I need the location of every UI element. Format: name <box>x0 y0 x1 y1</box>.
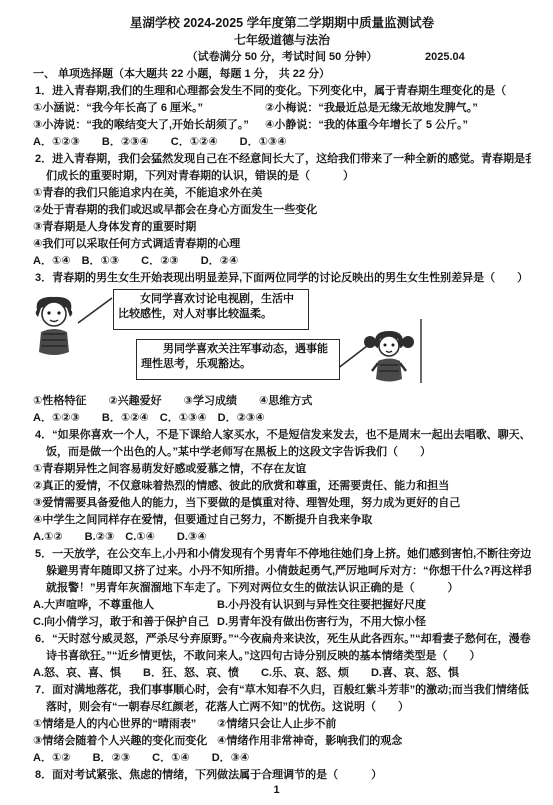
question-1-item-1: ①小涵说：“我今年长高了 6 厘米。” <box>33 100 265 117</box>
question-1-items-row-1: ①小涵说：“我今年长高了 6 厘米。” ②小梅说：“我最近总是无缘无故地发脾气。… <box>33 100 531 117</box>
question-2-stem-line-2: 们成长的重要时期，下列对青春期的认识，错误的是（ ） <box>33 168 531 185</box>
question-7-item-4: ④情绪作用非常神奇，影响我们的观念 <box>217 733 531 750</box>
question-4-answers: A.①② B.②③ C.①④ D.③④ <box>33 529 531 546</box>
question-4-item-3: ③爱情需要具备爱他人的能力，当下要做的是慎重对待、理智处理，努力成为更好的自己 <box>33 495 531 512</box>
question-1-stem: 1．进入青春期,我们的生理和心理都会发生不同的变化。下列变化中，属于青春期生理变… <box>33 83 531 100</box>
question-4-item-2: ②真正的爱情，不仅意味着热烈的情感、彼此的欣赏和尊重，还需要责任、能力和担当 <box>33 478 531 495</box>
question-7-items-row-2: ③情绪会随着个人兴趣的变化而变化 ④情绪作用非常神奇，影响我们的观念 <box>33 733 531 750</box>
question-5-stem-line-3: 就报警！”男青年灰溜溜地下车走了。下列对两位女生的做法认识正确的是（ ） <box>33 580 531 597</box>
question-5-answer-d: D.男青年没有做出伤害行为，不用大惊小怪 <box>217 614 531 631</box>
school-title: 星湖学校 2024-2025 学年度第二学期期中质量监测试卷 <box>33 14 531 32</box>
question-1-items-row-2: ③小涛说：“我的喉结变大了,开始长胡须了。” ④小静说：“我的体重今年增长了 5… <box>33 117 531 134</box>
subject-title: 七年级道德与法治 <box>33 32 531 49</box>
boy-cartoon-icon <box>29 294 79 362</box>
question-2-item-1: ①青春的我们只能追求内在美，不能追求外在美 <box>33 185 531 202</box>
question-3-illustration: 女同学喜欢讨论电视剧，生活中比较感性，对人对事比较温柔。 男同学喜欢关注军事动态… <box>33 289 531 391</box>
question-6-stem-line-2: 诗书喜欲狂。”“近乡情更怯，不敢问来人。”这四句古诗分别反映的基本情绪类型是（ … <box>33 648 531 665</box>
question-1-answers: A．①②③ B．②③④ C．①②④ D．①③④ <box>33 134 531 151</box>
question-4-stem-line-2: 饭，而是做一个出色的人。”某中学老师写在黑板上的这段文字告诉我们（ ） <box>33 444 531 461</box>
section-heading: 一、 单项选择题（本大题共 22 小题，每题 1 分， 共 22 分） <box>33 66 531 83</box>
exam-paper-page: 星湖学校 2024-2025 学年度第二学期期中质量监测试卷 七年级道德与法治 … <box>0 0 553 805</box>
question-2-item-2: ②处于青春期的我们或迟或早都会在身心方面发生一些变化 <box>33 202 531 219</box>
question-7-item-3: ③情绪会随着个人兴趣的变化而变化 <box>33 733 217 750</box>
question-2-item-4: ④我们可以采取任何方式调适青春期的心理 <box>33 236 531 253</box>
question-6-stem-line-1: 6．“天时怼兮威灵怒，严杀尽兮弃原野。”“今夜扁舟来诀汝，死生从此各西东。”“却… <box>33 631 531 648</box>
question-4-stem-line-1: 4．“如果你喜欢一个人，不是下课给人家买水，不是短信发来发去，也不是周末一起出去… <box>33 427 531 444</box>
question-2-answers: A．①④ B．①③ C．②③ D．②④ <box>33 253 531 270</box>
question-6-answers: A.怒、哀、喜、惧 B．狂、怒、哀、愤 C.乐、哀、怒、烦 D.喜、哀、怒、惧 <box>33 665 531 682</box>
question-5-answers-row-2: C.向小倩学习，敢于和善于保护自己 D.男青年没有做出伤害行为，不用大惊小怪 <box>33 614 531 631</box>
question-5-stem-line-1: 5．一天放学，在公交车上,小丹和小倩发现有个男青年不停地往她们身上挤。她们感到害… <box>33 546 531 563</box>
question-3-items: ①性格特征 ②兴趣爱好 ③学习成绩 ④思维方式 <box>33 393 531 410</box>
question-7-stem-line-2: 落时，则会有“一朝春尽红颜老，花落人亡两不知”的忧伤。这说明（ ） <box>33 699 531 716</box>
question-4-item-4: ④中学生之间同样存在爱情，但要通过自己努力，不断提升自我来争取 <box>33 512 531 529</box>
question-3-answers: A．①②③ B．①②④ C．①③④ D．②③④ <box>33 410 531 427</box>
question-7-item-1: ①情绪是人的内心世界的“晴雨表” <box>33 716 217 733</box>
speech-bubble-about-girls: 女同学喜欢讨论电视剧，生活中比较感性，对人对事比较温柔。 <box>113 289 309 330</box>
question-1-item-4: ④小静说：“我的体重今年增长了 5 公斤。” <box>265 117 531 134</box>
question-5-answer-c: C.向小倩学习，敢于和善于保护自己 <box>33 614 217 631</box>
question-2-stem-line-1: 2．进入青春期，我们会猛然发现自己在不经意间长大了，这给我们带来了一种全新的感觉… <box>33 151 531 168</box>
exam-info-line: （试卷满分 50 分，考试时间 50 分钟） 2025.04 <box>33 49 531 66</box>
question-5-answer-b: B.小丹没有认识到与异性交往要把握好尺度 <box>217 597 531 614</box>
exam-date: 2025.04 <box>425 49 465 66</box>
question-1-item-2: ②小梅说：“我最近总是无缘无故地发脾气。” <box>265 100 531 117</box>
question-5-answers-row-1: A.大声喧哗，不尊重他人 B.小丹没有认识到与异性交往要把握好尺度 <box>33 597 531 614</box>
question-5-answer-a: A.大声喧哗，不尊重他人 <box>33 597 217 614</box>
question-5-stem-line-2: 躲避男青年随即又挤了过来。小丹不知所措。小倩鼓起勇气,严厉地呵斥对方：“你想干什… <box>33 563 531 580</box>
question-7-answers: A．①② B．②③ C．①④ D．③④ <box>33 750 531 767</box>
question-4-item-1: ①青春期异性之间容易萌发好感或爱慕之情，不存在友谊 <box>33 461 531 478</box>
girl-cartoon-icon <box>362 329 416 385</box>
speech-bubble-about-boys: 男同学喜欢关注军事动态，遇事能理性思考，乐观豁达。 <box>136 339 340 380</box>
question-2-item-3: ③青春期是人身体发育的重要时期 <box>33 219 531 236</box>
page-number: 1 <box>0 782 553 799</box>
question-7-item-2: ②情绪只会让人止步不前 <box>217 716 531 733</box>
question-3-stem: 3．青春期的男生女生开始表现出明显差异,下面两位同学的讨论反映出的男生女生性别差… <box>33 270 531 287</box>
exam-info: （试卷满分 50 分，考试时间 50 分钟） <box>187 51 378 63</box>
question-7-items-row-1: ①情绪是人的内心世界的“晴雨表” ②情绪只会让人止步不前 <box>33 716 531 733</box>
question-7-stem-line-1: 7．面对满地落花，我们事事顺心时，会有“草木知春不久归，百般红紫斗芳菲”的激动;… <box>33 682 531 699</box>
question-1-item-3: ③小涛说：“我的喉结变大了,开始长胡须了。” <box>33 117 265 134</box>
